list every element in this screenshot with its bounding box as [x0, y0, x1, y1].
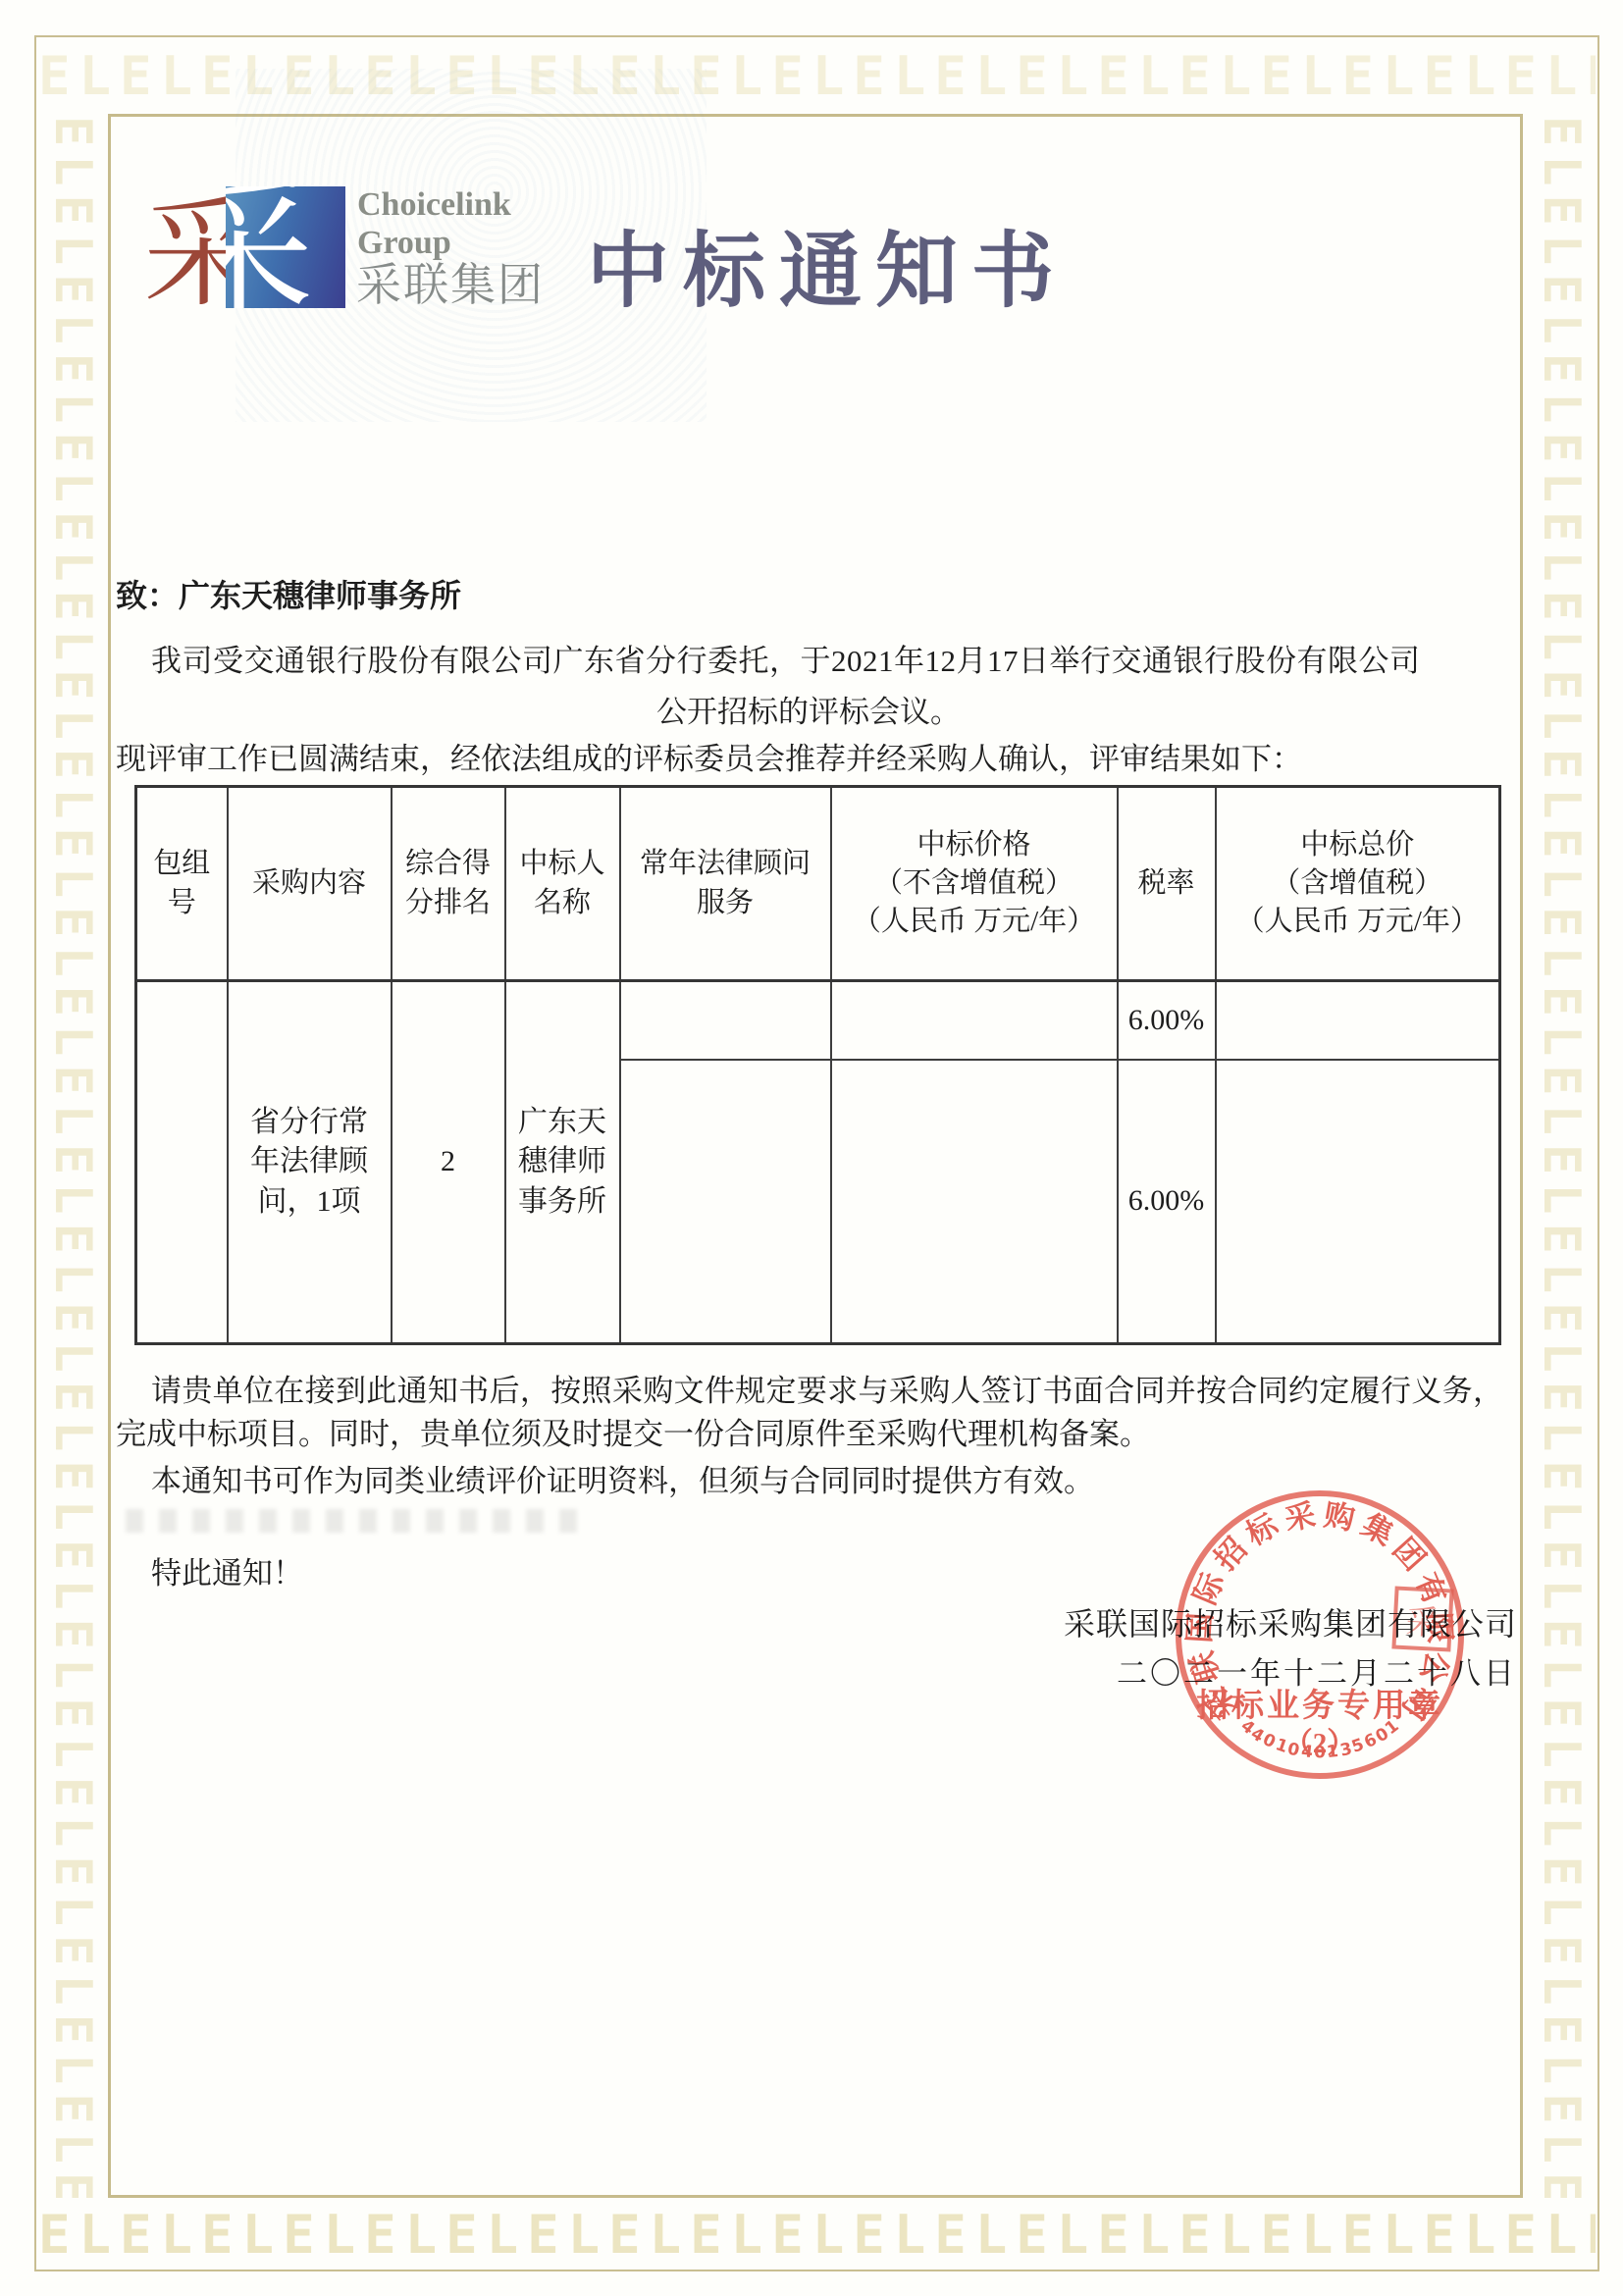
cell-service-row1: [620, 981, 831, 1060]
logo-blue-square: 采: [226, 186, 345, 308]
col-header-total-incl-tax: 中标总价 （含增值税） （人民币 万元/年）: [1216, 787, 1500, 981]
seal-label-line2: （2）: [1173, 1721, 1467, 1761]
cell-tax-rate-row2: 6.00%: [1118, 1060, 1216, 1344]
cell-total-row1: [1216, 981, 1500, 1060]
frame-pattern-bottom: ELELELELELELELELELELELELELELELELELELELEL…: [38, 2202, 1596, 2269]
col-header-winner-name: 中标人 名称: [505, 787, 620, 981]
frame-pattern-right: ELELELELELELELELELELELELELELELELELELELEL…: [1527, 116, 1596, 2198]
logo-name-en-line2: Group: [357, 227, 451, 260]
col-header-price-excl-tax: 中标价格 （不含增值税） （人民币 万元/年）: [831, 787, 1118, 981]
cell-winner: 广东天 穗律师 事务所: [505, 981, 620, 1344]
document-title: 中标通知书: [587, 228, 1068, 318]
col-header-score-rank: 综合得 分排名: [392, 787, 505, 981]
scanned-award-notice-page: ELELELELELELELELELELELELELELELELELELELEL…: [0, 0, 1623, 2296]
cell-price-row1: [831, 981, 1118, 1060]
closing-paragraph-1: 请贵单位在接到此通知书后，按照采购文件规定要求与采购人签订书面合同并按合同约定履…: [116, 1370, 1503, 1456]
logo-name-cn: 采联集团: [356, 263, 545, 308]
intro-paragraph-line2: 公开招标的评标会议。: [116, 687, 1501, 731]
seal-label-line1: 招标业务专用章: [1173, 1680, 1467, 1726]
cell-tax-rate-row1: 6.00%: [1118, 981, 1216, 1060]
notice-line: 特此通知！: [151, 1548, 303, 1592]
cell-service-row2: [620, 1060, 831, 1344]
logo-white-character: 采: [226, 186, 314, 308]
col-header-package-no: 包组 号: [136, 787, 228, 981]
award-result-table: 包组 号 采购内容 综合得 分排名 中标人 名称 常年法律顾问 服务 中标价格 …: [134, 785, 1501, 1345]
frame-pattern-left: ELELELELELELELELELELELELELELELELELELELEL…: [38, 116, 106, 2198]
col-header-tax-rate: 税率: [1118, 787, 1216, 981]
intro-paragraph-line1: 我司受交通银行股份有限公司广东省分行委托，于2021年12月17日举行交通银行股…: [151, 636, 1505, 680]
cell-price-row2: [831, 1060, 1118, 1344]
cell-content: 省分行常 年法律顾 问，1项: [228, 981, 392, 1344]
bleed-through-artifact: [126, 1509, 587, 1533]
cell-total-row2: [1216, 1060, 1500, 1344]
company-seal: 采联国际招标采购集团有限公司 4401040135601 招标业务专用章 （2）…: [1173, 1487, 1467, 1782]
col-header-service: 常年法律顾问 服务: [620, 787, 831, 981]
intro-paragraph-line3: 现评审工作已圆满结束，经依法组成的评标委员会推荐并经采购人确认，评审结果如下：: [116, 734, 1509, 778]
logo-name-en-line1: Choicelink: [357, 188, 511, 222]
recipient-line: 致：广东天穗律师事务所: [116, 571, 461, 616]
cell-package-no: [136, 981, 228, 1344]
seal-inner-square: 采: [1391, 1586, 1453, 1651]
col-header-content: 采购内容: [228, 787, 392, 981]
cell-rank: 2: [392, 981, 505, 1344]
